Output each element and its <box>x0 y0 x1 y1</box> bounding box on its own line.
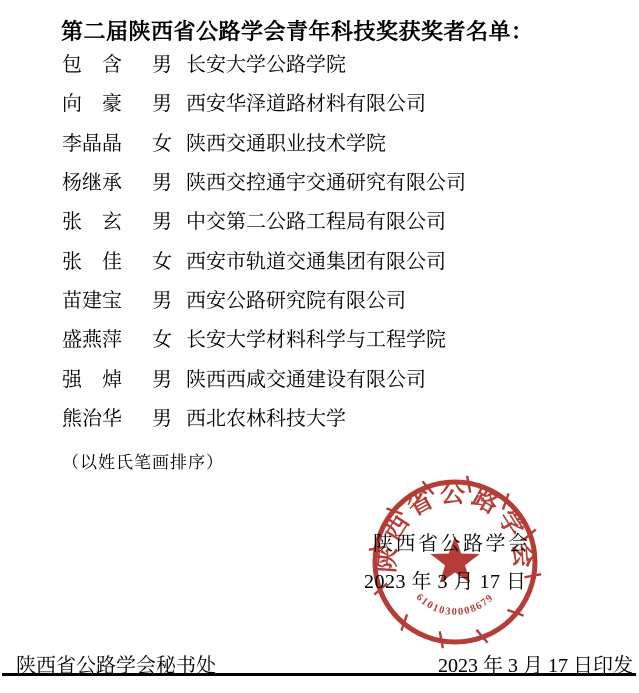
table-row: 张 玄 男 中交第二公路工程局有限公司 <box>62 200 622 239</box>
winner-gender: 男 <box>152 205 173 234</box>
winner-name: 向 豪 <box>62 87 123 116</box>
table-row: 盛燕萍 女 长安大学材料科学与工程学院 <box>62 318 622 357</box>
winner-name: 盛燕萍 <box>62 323 123 352</box>
winner-org: 长安大学公路学院 <box>186 48 346 77</box>
winner-list: 包 含 男 长安大学公路学院 向 豪 男 西安华泽道路材料有限公司 李晶晶 女 … <box>62 43 622 436</box>
winner-gender: 男 <box>152 166 173 195</box>
winner-org: 陕西交通职业技术学院 <box>186 127 386 156</box>
official-seal-stamp: 陕西省公路学会 6101030008679 <box>368 475 542 649</box>
winner-org: 西安市轨道交通集团有限公司 <box>186 245 446 274</box>
table-row: 强 焯 男 陕西西咸交通建设有限公司 <box>62 357 622 396</box>
winner-org: 陕西交控通宇交通研究有限公司 <box>186 166 466 195</box>
table-row: 苗建宝 男 西安公路研究院有限公司 <box>62 279 622 318</box>
winner-name: 熊治华 <box>62 402 123 431</box>
winner-gender: 女 <box>152 323 173 352</box>
page-title: 第二届陕西省公路学会青年科技奖获奖者名单： <box>61 15 534 46</box>
document-page: 第二届陕西省公路学会青年科技奖获奖者名单： 包 含 男 长安大学公路学院 向 豪… <box>0 0 639 693</box>
table-row: 杨继承 男 陕西交控通宇交通研究有限公司 <box>62 161 622 200</box>
winner-org: 西北农林科技大学 <box>186 402 346 431</box>
signature-date: 2023 年 3 月 17 日 <box>364 565 527 594</box>
footer-divider-line <box>2 673 636 676</box>
table-row: 张 佳 女 西安市轨道交通集团有限公司 <box>62 239 622 278</box>
winner-name: 张 佳 <box>62 245 123 274</box>
table-row: 熊治华 男 西北农林科技大学 <box>62 397 622 436</box>
winner-org: 长安大学材料科学与工程学院 <box>186 323 446 352</box>
winner-org: 中交第二公路工程局有限公司 <box>186 205 446 234</box>
winner-name: 强 焯 <box>62 363 123 392</box>
winner-gender: 男 <box>152 402 173 431</box>
signature-organization: 陕西省公路学会 <box>373 527 531 556</box>
winner-gender: 女 <box>152 127 173 156</box>
winner-name: 张 玄 <box>62 205 123 234</box>
winner-name: 苗建宝 <box>62 284 123 313</box>
winner-name: 李晶晶 <box>62 127 123 156</box>
table-row: 向 豪 男 西安华泽道路材料有限公司 <box>62 82 622 121</box>
winner-gender: 男 <box>152 48 173 77</box>
seal-number: 6101030008679 <box>414 592 497 618</box>
seal-ring <box>375 482 535 642</box>
sort-order-note: （以姓氏笔画排序） <box>62 448 224 473</box>
winner-name: 包 含 <box>62 48 123 77</box>
winner-gender: 男 <box>152 87 173 116</box>
winner-gender: 女 <box>152 245 173 274</box>
seal-tick-marks <box>369 476 541 648</box>
winner-org: 陕西西咸交通建设有限公司 <box>186 363 426 392</box>
table-row: 李晶晶 女 陕西交通职业技术学院 <box>62 122 622 161</box>
winner-org: 西安华泽道路材料有限公司 <box>186 87 426 116</box>
winner-gender: 男 <box>152 363 173 392</box>
winner-gender: 男 <box>152 284 173 313</box>
winner-org: 西安公路研究院有限公司 <box>186 284 406 313</box>
table-row: 包 含 男 长安大学公路学院 <box>62 43 622 82</box>
winner-name: 杨继承 <box>62 166 123 195</box>
